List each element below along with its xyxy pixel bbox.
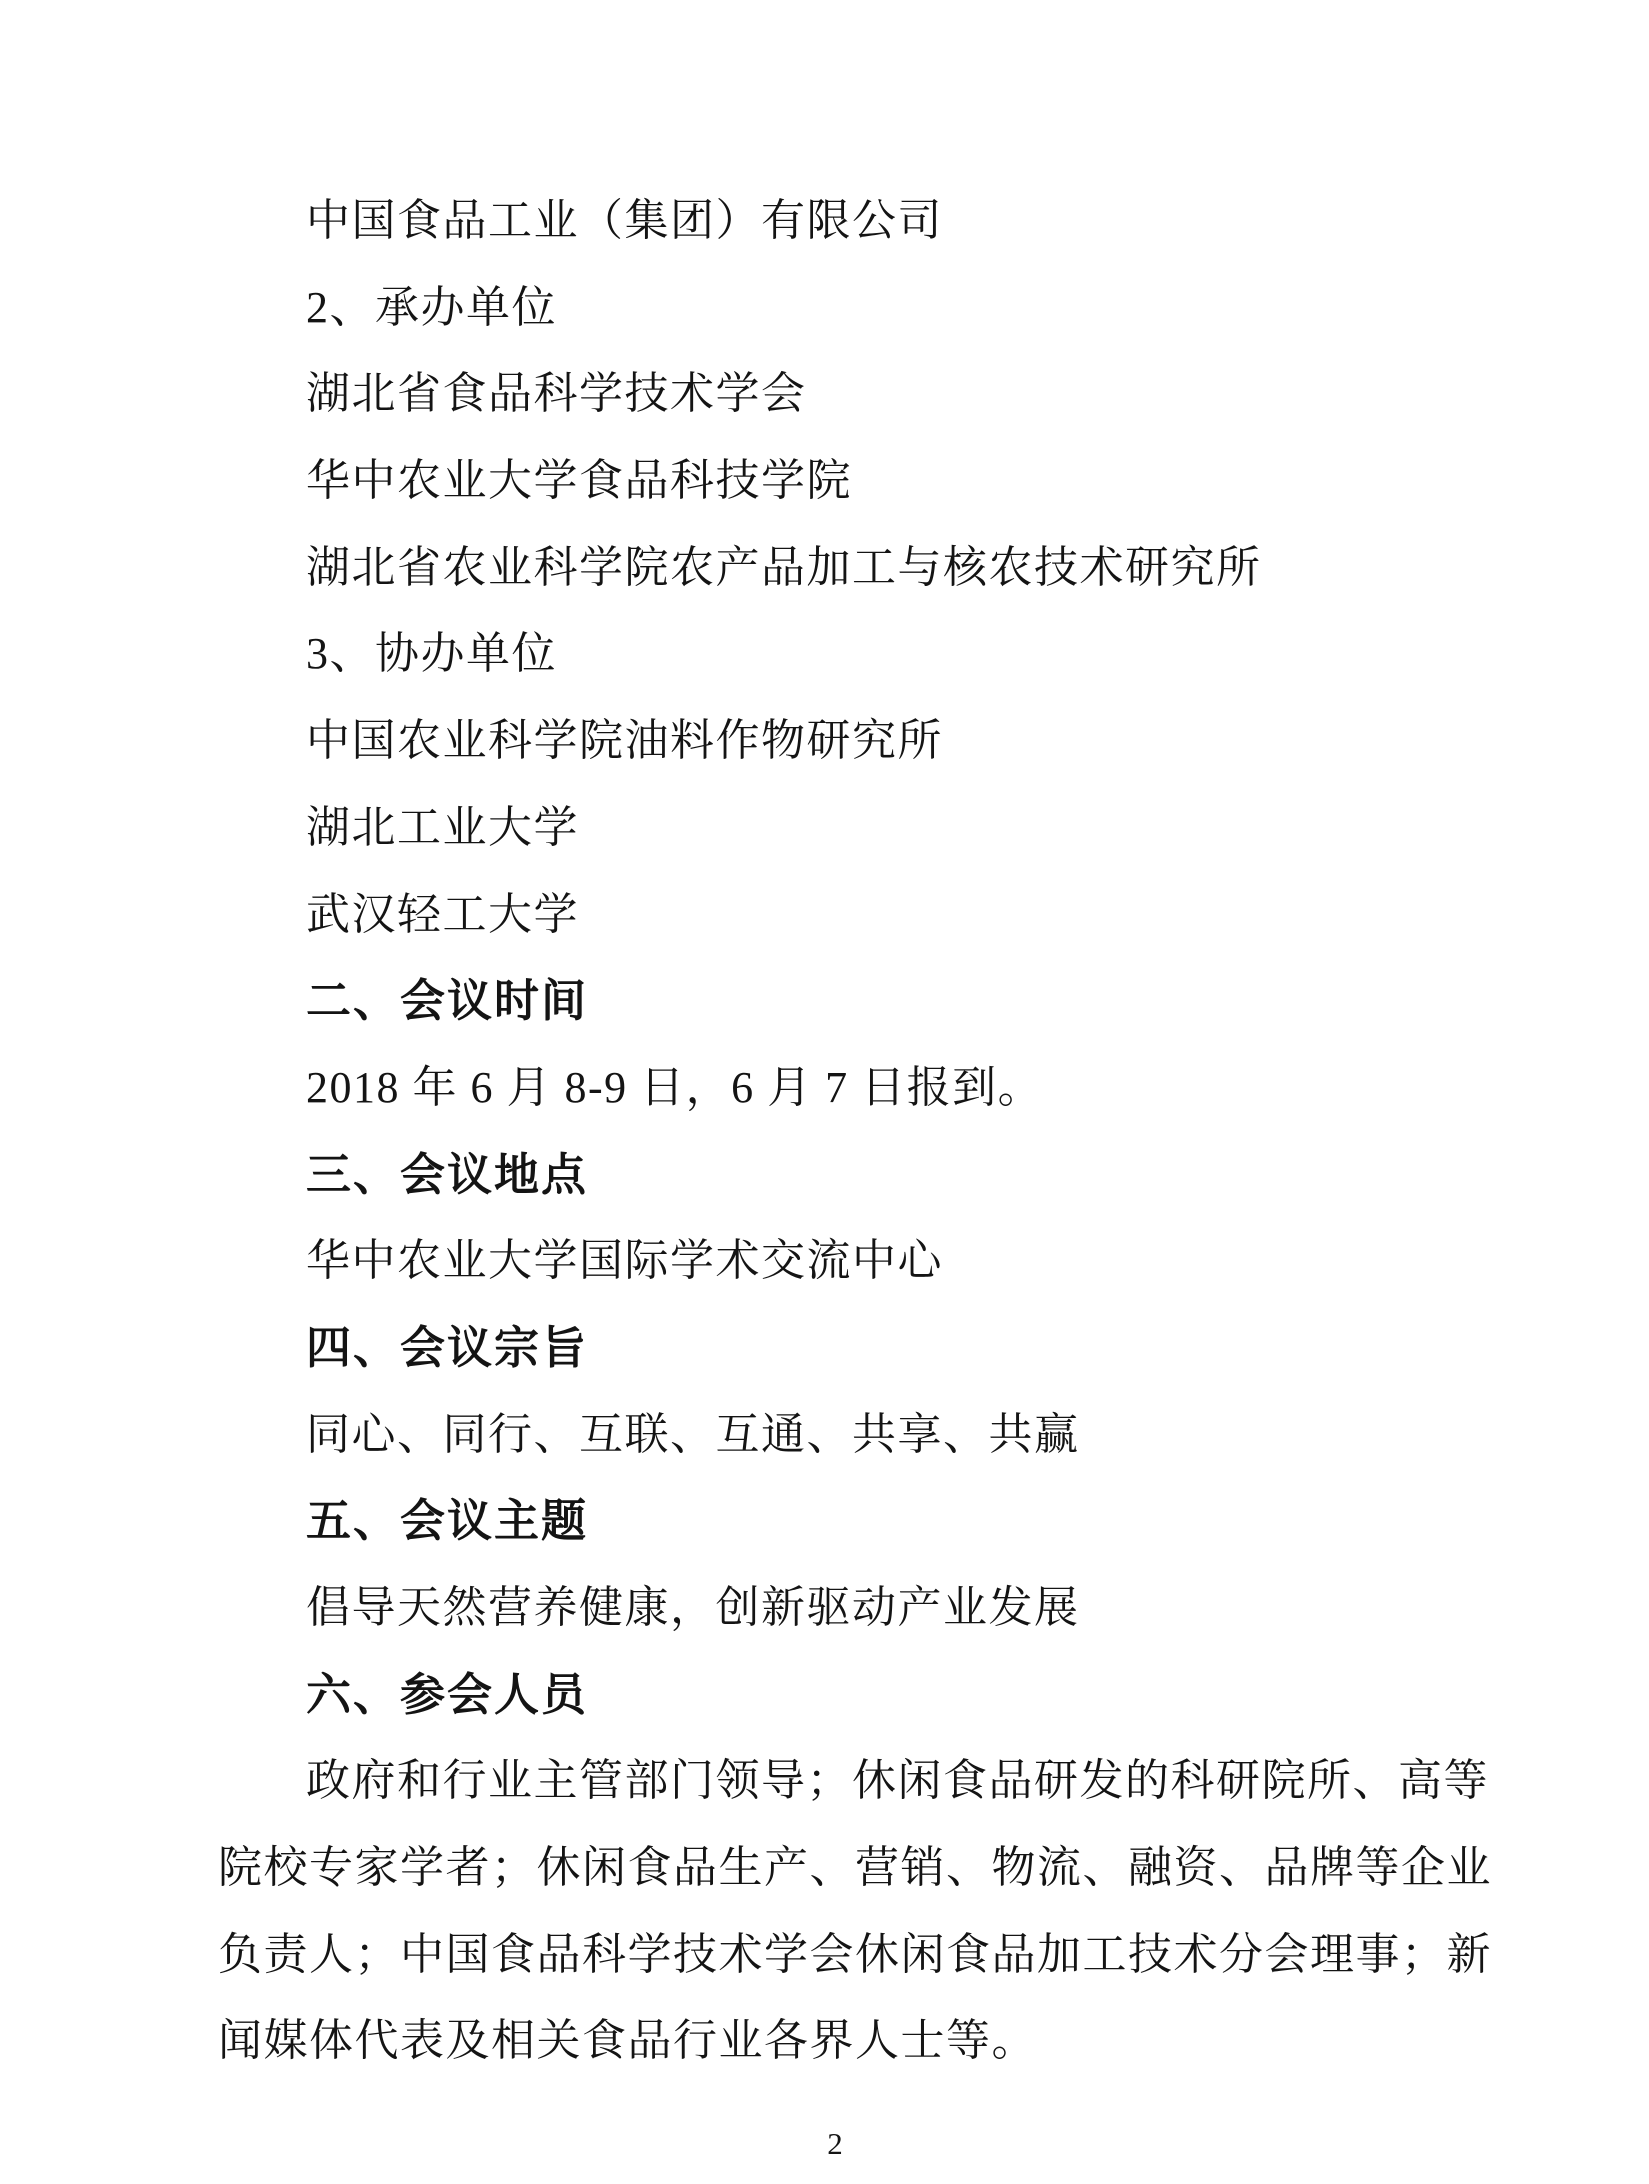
subheading-supporting-organizer: 3、协办单位 (218, 611, 1478, 698)
co-organizer-line: 湖北省食品科学技术学会 (218, 351, 1478, 438)
meeting-purpose-line: 同心、同行、互联、互通、共享、共赢 (218, 1392, 1478, 1479)
meeting-time-line: 2018 年 6 月 8-9 日，6 月 7 日报到。 (218, 1045, 1478, 1132)
meeting-theme-line: 倡导天然营养健康，创新驱动产业发展 (218, 1565, 1478, 1652)
subheading-co-organizer: 2、承办单位 (218, 265, 1478, 352)
section-heading-meeting-time: 二、会议时间 (218, 958, 1478, 1045)
supporting-organizer-line: 湖北工业大学 (218, 785, 1478, 872)
co-organizer-line: 华中农业大学食品科技学院 (218, 438, 1478, 525)
participants-paragraph-line: 闻媒体代表及相关食品行业各界人士等。 (218, 1998, 1478, 2085)
participants-paragraph-line: 院校专家学者；休闲食品生产、营销、物流、融资、品牌等企业 (218, 1825, 1478, 1912)
page-number: 2 (780, 2126, 890, 2162)
organizer-line: 中国食品工业（集团）有限公司 (218, 178, 1478, 265)
co-organizer-line: 湖北省农业科学院农产品加工与核农技术研究所 (218, 525, 1478, 612)
section-heading-participants: 六、参会人员 (218, 1652, 1478, 1739)
supporting-organizer-line: 中国农业科学院油料作物研究所 (218, 698, 1478, 785)
document-text-block: 中国食品工业（集团）有限公司 2、承办单位 湖北省食品科学技术学会 华中农业大学… (218, 178, 1478, 2085)
section-heading-meeting-place: 三、会议地点 (218, 1132, 1478, 1219)
section-heading-meeting-purpose: 四、会议宗旨 (218, 1305, 1478, 1392)
participants-paragraph-line: 政府和行业主管部门领导；休闲食品研发的科研院所、高等 (218, 1738, 1478, 1825)
document-page: 中国食品工业（集团）有限公司 2、承办单位 湖北省食品科学技术学会 华中农业大学… (0, 0, 1649, 2184)
meeting-place-line: 华中农业大学国际学术交流中心 (218, 1218, 1478, 1305)
participants-paragraph-line: 负责人；中国食品科学技术学会休闲食品加工技术分会理事；新 (218, 1912, 1478, 1999)
section-heading-meeting-theme: 五、会议主题 (218, 1478, 1478, 1565)
supporting-organizer-line: 武汉轻工大学 (218, 872, 1478, 959)
